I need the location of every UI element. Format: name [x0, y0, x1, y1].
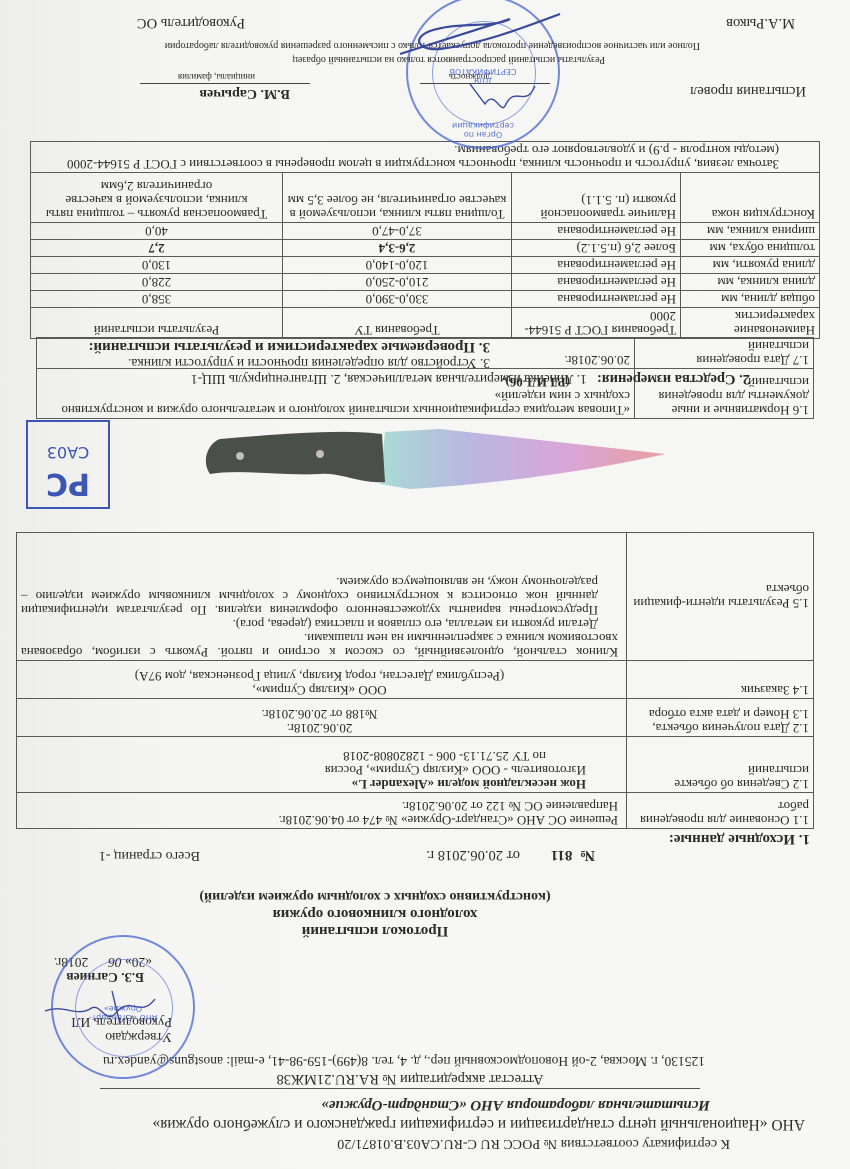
page-count: Всего страниц -1: [99, 847, 200, 863]
table-row: 1.2 Сведения об объекте испытаний Нож не…: [17, 737, 814, 793]
protocol-date: от 20.06.2018 г.: [426, 846, 520, 863]
test-protocol-page: К сертификату соответствия № РОСС RU C-R…: [0, 0, 850, 1169]
header-divider: [100, 1088, 700, 1089]
section2-item3: 3. Устройство для определения прочности …: [128, 355, 490, 371]
table-row: общая длина, ммНе регламентирована330,0-…: [31, 291, 820, 308]
certificate-reference: К сертификату соответствия № РОСС RU C-R…: [90, 1135, 730, 1151]
table-row: 1.5 Результаты иденти-фикации объекта Кл…: [17, 533, 814, 661]
conclusion-row: Заточка лезвия, упругость и прочность кл…: [31, 142, 820, 173]
name-line: [140, 83, 310, 84]
results-table: Наименование характеристик Требования ГО…: [30, 141, 820, 339]
knife-handle: [206, 432, 385, 482]
section2: 2. Средства измерения: 1. Линейка измери…: [191, 370, 750, 387]
table-header-row: Наименование характеристик Требования ГО…: [31, 308, 820, 339]
table-row: 1.1 Основание для проведения работ Решен…: [17, 793, 814, 829]
document-title: Протокол испытаний холодного клинкового …: [145, 888, 605, 939]
organization-name: АНО «Национальный центр стандартизации и…: [45, 1115, 805, 1133]
tester-name: В.М. Сарычев: [199, 85, 290, 101]
table-row: длина рукояти, ммНе регламентирована120,…: [31, 257, 820, 274]
table-row: толщина обуха, ммБолее 2,6 (п.5.1.2)2,6-…: [31, 240, 820, 257]
table-row: ширина клинка, ммНе регламентирована37,0…: [31, 223, 820, 240]
section3-heading: 3. Проверяемые характеристики и результа…: [89, 338, 490, 355]
table-row: длина клинка, ммНе регламентирована210,0…: [31, 274, 820, 291]
certification-mark-logo: PC CA03: [26, 420, 110, 509]
head-of-os-name: М.А.Рыков: [726, 14, 795, 31]
head-signature: [390, 4, 570, 59]
head-of-os-label: Руководитель ОС: [137, 14, 245, 31]
tested-by-label: Испытания провел: [690, 82, 806, 99]
table-row: 1.2 Дата получения объекта,1.3 Номер и д…: [17, 699, 814, 737]
protocol-number: № 811: [551, 846, 595, 863]
knife-photo: [200, 424, 680, 514]
laboratory-name: Испытательная лаборатория АНО «Стандарт-…: [110, 1096, 710, 1113]
lab-seal-stamp: АНО «Стандарт-Оружие»: [51, 935, 195, 1079]
section1-heading: 1. Исходные данные:: [669, 830, 810, 847]
table-row: Конструкция ножаНаличие травмоопасной ру…: [31, 173, 820, 223]
table-row: 1.4 Заказчик ООО «Кизляр Суприм»,(Респуб…: [17, 661, 814, 699]
source-data-table: 1.1 Основание для проведения работ Решен…: [16, 532, 814, 829]
knife-blade: [380, 429, 665, 489]
name-caption: инициалы, фамилия: [178, 72, 255, 82]
accreditation-number: Аттестат аккредитации № RA.RU.21МЖ38: [200, 1070, 620, 1087]
